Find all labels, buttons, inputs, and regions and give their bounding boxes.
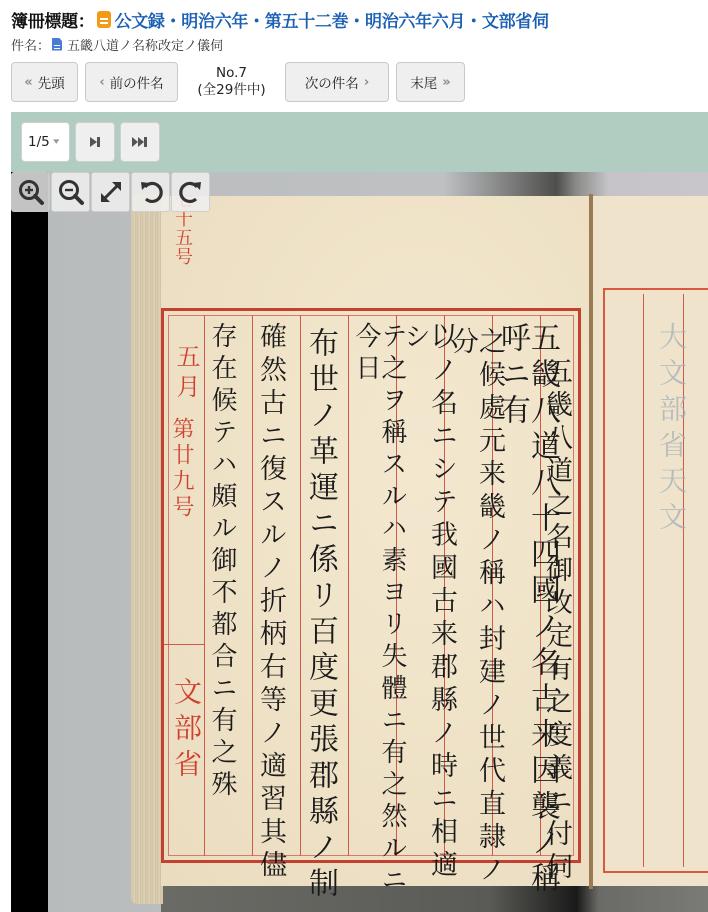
last-item-button[interactable]: 末尾 » [396,62,465,102]
book-gutter [589,194,593,889]
last-page-button[interactable] [120,122,160,162]
volume-title-link[interactable]: 公文録・明治六年・第五十二巻・明治六年六月・文部省伺 [115,7,549,32]
book-page-edges [131,194,163,904]
volume-title-label: 簿冊標題： [11,7,95,32]
expand-arrows-icon [98,179,124,205]
viewer-margin [11,172,48,912]
document-image-viewer[interactable]: 大文部省天文 七十五号 五月 第廿九号 文部省 五畿八道之名御改定有之度義ニ付伺… [11,172,708,912]
previous-item-button[interactable]: ‹ 前の件名 [85,62,178,102]
column-rule [348,315,349,856]
item-title-row: 件名： 五畿八道ノ名称改定ノ儀伺 [11,35,223,53]
chevron-right-icon: › [364,75,369,90]
red-note-registry: 第廿九号 [166,417,197,521]
book-icon [97,11,111,28]
text-column-2: 五畿八道八十四國ノ名古来因襲ノ稱呼ニ有 [497,322,557,912]
text-column-4: 以ノ名ニシテ我國古来郡縣ノ時ニ相適シ [401,322,455,912]
item-total: (全29件中) [185,82,278,99]
column-rule [643,294,644,867]
rotate-right-button[interactable] [171,172,210,212]
document-icon [52,38,62,51]
last-item-label: 末尾 [410,72,437,92]
text-column-8: 存在候テハ頗ル御不都合ニ有之殊 [209,322,235,802]
double-chevron-right-icon: » [442,75,450,90]
item-navigation: « 先頭 ‹ 前の件名 No.7 (全29件中) 次の件名 › 末尾 » [11,62,472,102]
rotate-left-icon [138,179,164,205]
fast-forward-end-icon [132,136,148,148]
volume-title-row: 簿冊標題： 公文録・明治六年・第五十二巻・明治六年六月・文部省伺 [11,7,549,31]
next-item-label: 次の件名 [305,72,359,92]
zoom-in-button[interactable] [11,172,50,212]
item-number: No.7 [185,65,278,82]
zoom-out-button[interactable] [51,172,90,212]
column-rule [252,315,253,856]
previous-item-label: 前の件名 [110,72,164,92]
fullscreen-button[interactable] [91,172,130,212]
zoom-in-icon [17,178,45,206]
next-item-button[interactable]: 次の件名 › [285,62,389,102]
first-item-label: 先頭 [38,72,65,92]
text-column-6: 布世ノ革運ニ係リ百度更張郡縣ノ制 [305,327,335,903]
rotate-left-button[interactable] [131,172,170,212]
item-title-label: 件名： [11,35,50,54]
viewer-toolbar: 1/5 ▾ [11,112,708,172]
image-zoom-tools [11,172,211,212]
page-select-value: 1/5 [28,134,50,150]
text-column-5: テ之ヲ稱スルハ素ヨリ失體ニ有之然ルニ今日 [353,322,405,912]
red-note-month: 五月 [169,344,204,404]
chevron-left-icon: ‹ [99,75,104,90]
double-chevron-left-icon: « [24,75,32,90]
text-column-3: 之候處元来畿ノ稱ハ封建ノ世代直隷ノ分 [449,327,503,912]
next-page-button[interactable] [75,122,115,162]
red-note-ministry: 文部省 [166,677,206,785]
rotate-right-icon [178,179,204,205]
item-position: No.7 (全29件中) [185,65,278,99]
column-rule [300,315,301,856]
zoom-out-icon [57,178,85,206]
bleed-through-text: 大文部省天文 [651,322,691,538]
chevron-down-icon: ▾ [53,137,59,147]
page-select[interactable]: 1/5 ▾ [21,122,70,162]
text-column-7: 確然古ニ復スルノ折柄右等ノ適習其儘 [257,322,284,883]
step-forward-icon [89,136,101,148]
first-item-button[interactable]: « 先頭 [11,62,78,102]
item-title: 五畿八道ノ名称改定ノ儀伺 [67,35,223,54]
